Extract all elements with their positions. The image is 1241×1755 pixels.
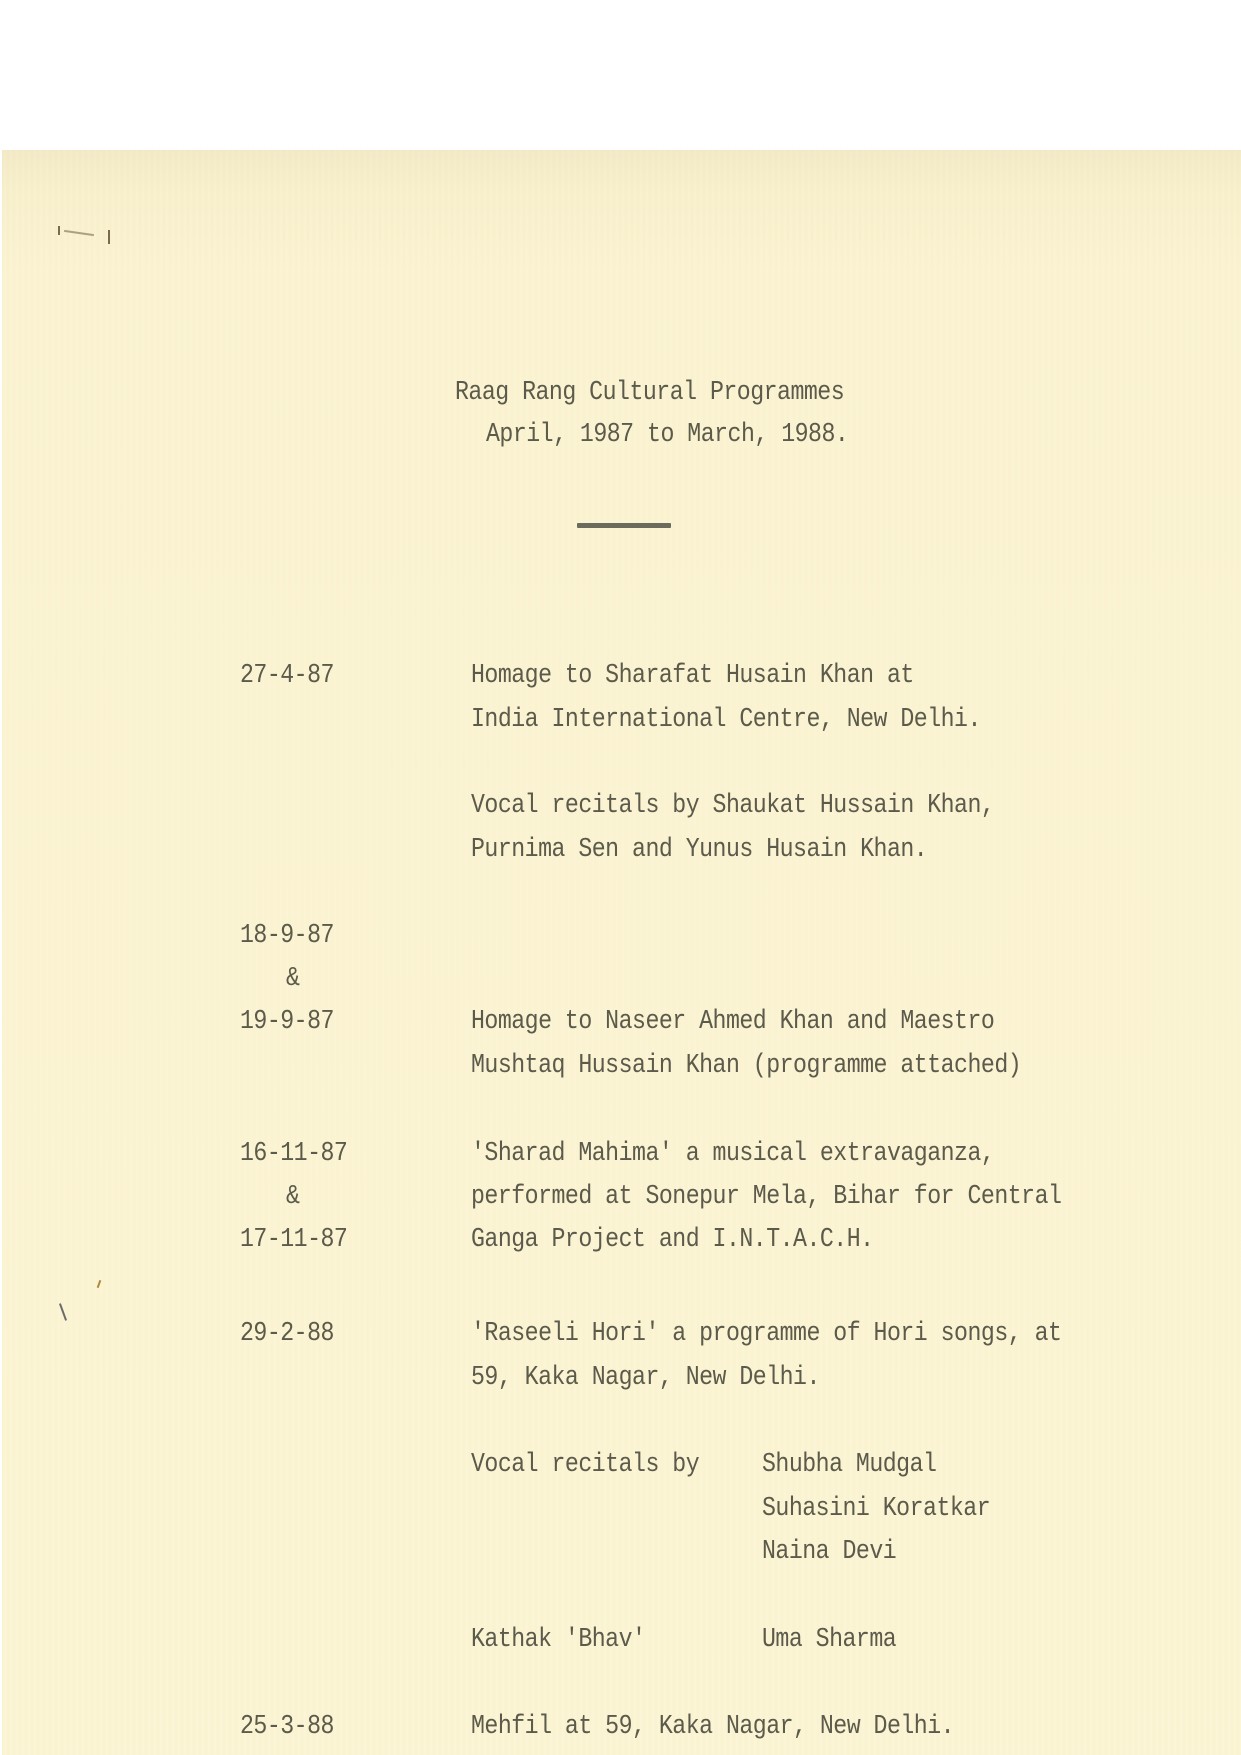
performance-artist: Uma Sharma <box>762 1619 896 1661</box>
entry-line: Mushtaq Hussain Khan (programme attached… <box>471 1045 1021 1087</box>
entry-date: 19-9-87 <box>240 1001 334 1043</box>
entry-line: performed at Sonepur Mela, Bihar for Cen… <box>471 1176 1061 1218</box>
entry-date-connector: & <box>286 1176 299 1218</box>
entry-date: 27-4-87 <box>240 655 334 697</box>
entry-date-connector: & <box>286 958 299 1000</box>
entry-line: Mehfil at 59, Kaka Nagar, New Delhi. <box>471 1706 954 1748</box>
performance-label: Kathak 'Bhav' <box>471 1619 645 1661</box>
entry-line: 'Sharad Mahima' a musical extravaganza, <box>471 1133 994 1175</box>
title-divider <box>577 523 671 528</box>
performance-artist: Suhasini Koratkar <box>762 1488 990 1530</box>
entry-line: Homage to Sharafat Husain Khan at <box>471 655 914 697</box>
entry-line: 'Raseeli Hori' a programme of Hori songs… <box>471 1313 1061 1355</box>
entry-line: Homage to Naseer Ahmed Khan and Maestro <box>471 1001 994 1043</box>
performance-artist: Shubha Mudgal <box>762 1444 936 1486</box>
entry-date: 16-11-87 <box>240 1133 347 1175</box>
performance-artist: Naina Devi <box>762 1531 896 1573</box>
entry-date: 18-9-87 <box>240 915 334 957</box>
page-title: Raag Rang Cultural Programmes <box>455 372 844 414</box>
entry-line: Ganga Project and I.N.T.A.C.H. <box>471 1219 874 1261</box>
performance-label: Vocal recitals by <box>471 1444 699 1486</box>
pencil-mark <box>58 226 60 235</box>
entry-note-line: Purnima Sen and Yunus Husain Khan. <box>471 829 927 871</box>
entry-date: 17-11-87 <box>240 1219 347 1261</box>
entry-note-line: Vocal recitals by Shaukat Hussain Khan, <box>471 785 994 827</box>
entry-line: 59, Kaka Nagar, New Delhi. <box>471 1357 820 1399</box>
entry-line: India International Centre, New Delhi. <box>471 699 981 741</box>
entry-date: 25-3-88 <box>240 1706 334 1748</box>
pencil-mark <box>108 230 110 244</box>
page-subtitle: April, 1987 to March, 1988. <box>486 414 848 456</box>
entry-date: 29-2-88 <box>240 1313 334 1355</box>
